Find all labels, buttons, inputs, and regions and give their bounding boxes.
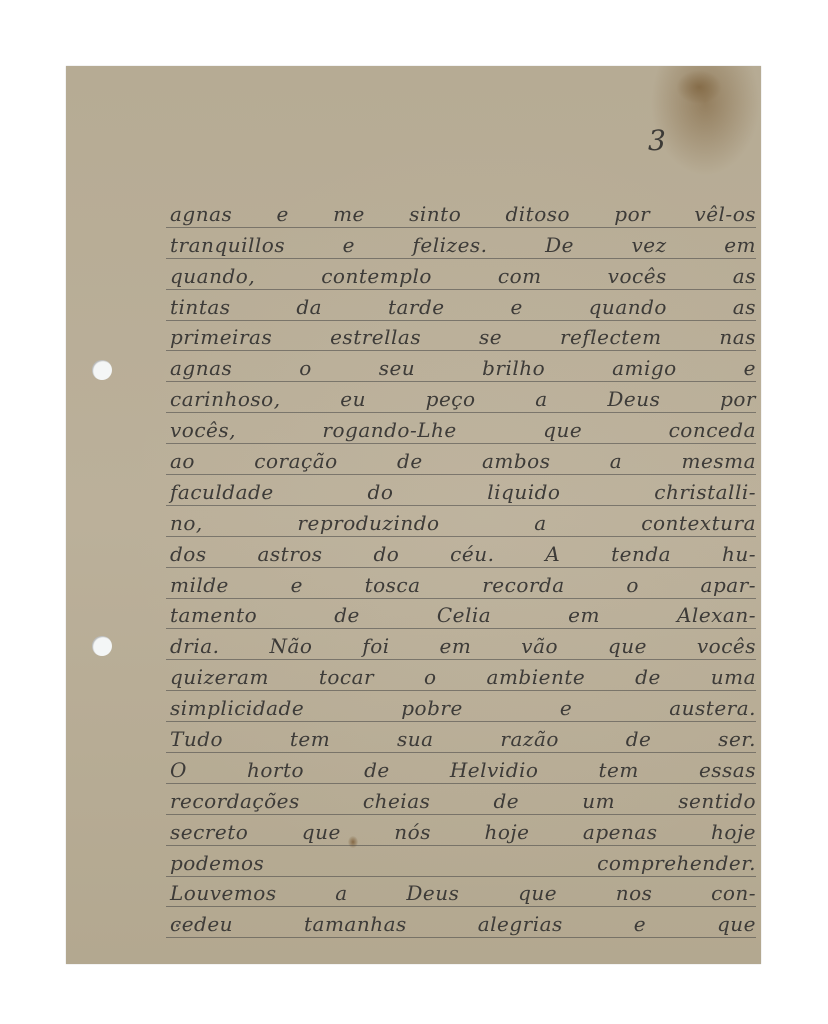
text-line: dria. Não foi em vão que vocês <box>170 634 756 658</box>
text-line: ao coração de ambos a mesma <box>170 449 756 473</box>
ruled-line: vocês, rogando-Lhe que conceda <box>166 413 756 444</box>
text-line: secreto que nós hoje apenas hoje <box>170 820 756 844</box>
ruled-line: quando, contemplo com vocês as <box>166 259 756 290</box>
text-line: O horto de Helvidio tem essas <box>170 758 756 782</box>
ruled-line: podemos comprehender. <box>166 846 756 877</box>
ruled-line: O horto de Helvidio tem essas <box>166 753 756 784</box>
ruled-line: no, reproduzindo a contextura <box>166 506 756 537</box>
ink-dot <box>176 924 179 927</box>
ruled-line: milde e tosca recorda o apar- <box>166 568 756 599</box>
text-line: dos astros do céu. A tenda hu- <box>170 542 756 566</box>
ruled-line: dria. Não foi em vão que vocês <box>166 629 756 660</box>
text-line: tintas da tarde e quando as <box>170 295 756 319</box>
ruled-line: primeiras estrellas se reflectem nas <box>166 321 756 352</box>
ruled-line: ao coração de ambos a mesma <box>166 444 756 475</box>
ruled-line: recordações cheias de um sentido <box>166 784 756 815</box>
ruled-line: agnas o seu brilho amigo e <box>166 351 756 382</box>
punch-hole-upper <box>92 360 112 380</box>
text-line: Louvemos a Deus que nos con- <box>170 881 756 905</box>
text-line: recordações cheias de um sentido <box>170 789 756 813</box>
ruled-line: tintas da tarde e quando as <box>166 290 756 321</box>
text-line: Tudo tem sua razão de ser. <box>170 727 756 751</box>
ruled-line: agnas e me sinto ditoso por vêl-os <box>166 197 756 228</box>
ruled-line: Tudo tem sua razão de ser. <box>166 722 756 753</box>
text-line: no, reproduzindo a contextura <box>170 511 756 535</box>
text-line: quizeram tocar o ambiente de uma <box>170 665 756 689</box>
ruled-line: quizeram tocar o ambiente de uma <box>166 660 756 691</box>
ruled-line: simplicidade pobre e austera. <box>166 691 756 722</box>
ruled-line: faculdade do liquido christalli- <box>166 475 756 506</box>
text-line: carinhoso, eu peço a Deus por <box>170 387 756 411</box>
text-line: agnas o seu brilho amigo e <box>170 356 756 380</box>
text-line: vocês, rogando-Lhe que conceda <box>170 418 756 442</box>
ruled-line: tranquillos e felizes. De vez em <box>166 228 756 259</box>
text-line: agnas e me sinto ditoso por vêl-os <box>170 202 756 226</box>
handwritten-text-block: agnas e me sinto ditoso por vêl-os tranq… <box>166 197 756 938</box>
ruled-line: dos astros do céu. A tenda hu- <box>166 537 756 568</box>
text-line: quando, contemplo com vocês as <box>170 264 756 288</box>
text-line: tamento de Celia em Alexan- <box>170 603 756 627</box>
text-line: cedeu tamanhas alegrias e que <box>170 912 756 936</box>
text-line: podemos comprehender. <box>170 851 756 875</box>
ruled-line: Louvemos a Deus que nos con- <box>166 877 756 908</box>
text-line: milde e tosca recorda o apar- <box>170 573 756 597</box>
stain-top-right <box>676 70 722 104</box>
punch-hole-lower <box>92 636 112 656</box>
text-line: faculdade do liquido christalli- <box>170 480 756 504</box>
text-line: simplicidade pobre e austera. <box>170 696 756 720</box>
page-number: 3 <box>648 124 666 157</box>
text-line: primeiras estrellas se reflectem nas <box>170 325 756 349</box>
ruled-line: tamento de Celia em Alexan- <box>166 599 756 630</box>
text-line: tranquillos e felizes. De vez em <box>170 233 756 257</box>
ruled-line: carinhoso, eu peço a Deus por <box>166 382 756 413</box>
manuscript-page: 3 agnas e me sinto ditoso por vêl-os tra… <box>66 66 761 964</box>
ruled-line: cedeu tamanhas alegrias e que <box>166 907 756 938</box>
ruled-line: secreto que nós hoje apenas hoje <box>166 815 756 846</box>
